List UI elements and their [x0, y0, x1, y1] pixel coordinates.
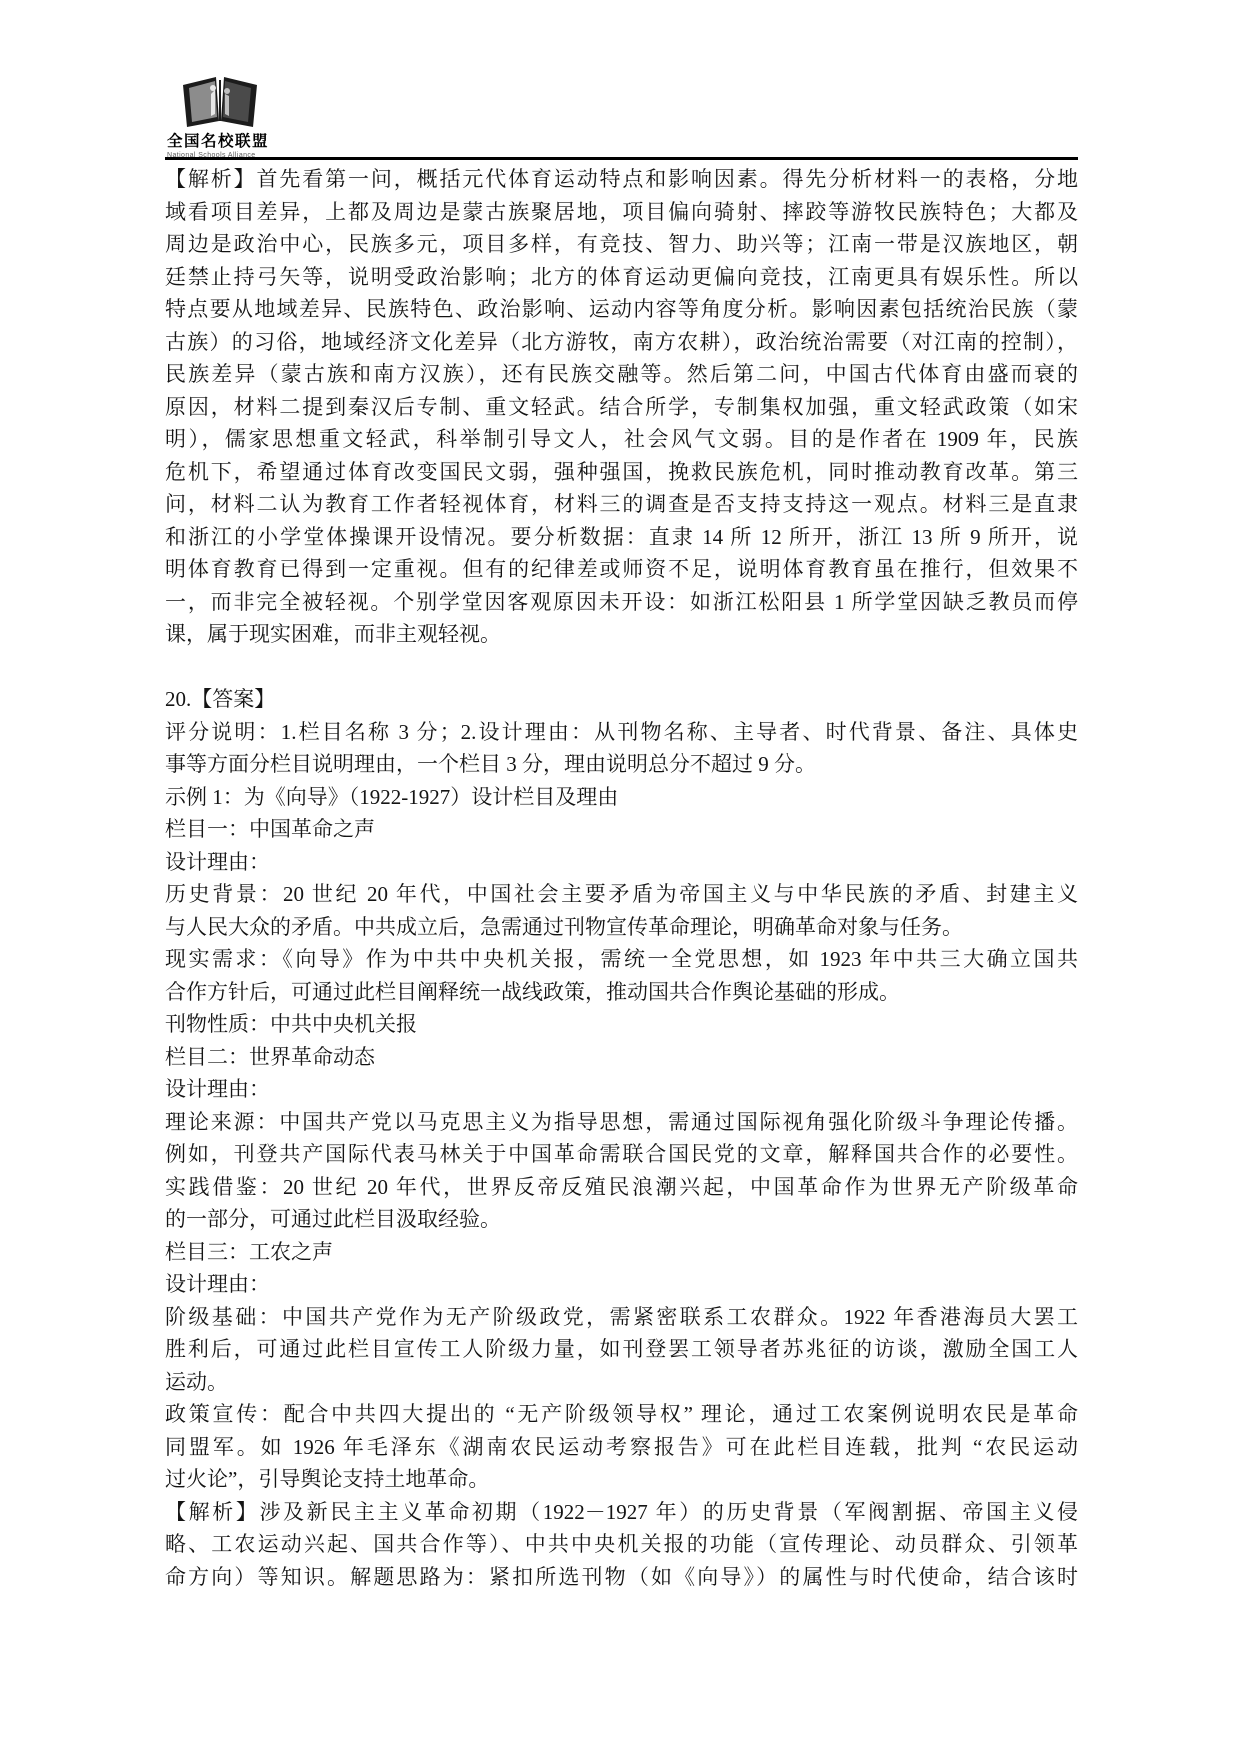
text-line: 合作方针后，可通过此栏目阐释统一战线政策，推动国共合作舆论基础的形成。 [165, 976, 1078, 1009]
document-page: 全国名校联盟 National Schools Alliance 【解析】首先看… [0, 0, 1241, 1754]
text-line: 理论来源：中国共产党以马克思主义为指导思想，需通过国际视角强化阶级斗争理论传播。 [165, 1106, 1078, 1139]
text-line: 周边是政治中心，民族多元，项目多样，有竞技、智力、助兴等；江南一带是汉族地区，朝 [165, 228, 1078, 261]
text-line: 民族差异（蒙古族和南方汉族），还有民族交融等。然后第二问，中国古代体育由盛而衰的 [165, 358, 1078, 391]
text-line: 设计理由： [165, 1268, 1078, 1301]
text-line: 设计理由： [165, 1073, 1078, 1106]
text-line: 政策宣传：配合中共四大提出的 “无产阶级领导权” 理论，通过工农案例说明农民是革… [165, 1398, 1078, 1431]
publisher-logo: 全国名校联盟 National Schools Alliance [167, 76, 297, 159]
text-line: 同盟军。如 1926 年毛泽东《湖南农民运动考察报告》可在此栏目连载，批判 “农… [165, 1431, 1078, 1464]
text-line: 略、工农运动兴起、国共合作等）、中共中央机关报的功能（宣传理论、动员群众、引领革 [165, 1528, 1078, 1561]
text-line: 胜利后，可通过此栏目宣传工人阶级力量，如刊登罢工领导者苏兆征的访谈，激励全国工人 [165, 1333, 1078, 1366]
text-line: 一，而非完全被轻视。个别学堂因客观原因未开设：如浙江松阳县 1 所学堂因缺乏教员… [165, 586, 1078, 619]
text-line [165, 651, 1078, 684]
text-line: 现实需求：《向导》作为中共中央机关报，需统一全党思想，如 1923 年中共三大确… [165, 943, 1078, 976]
text-line: 示例 1：为《向导》（1922-1927）设计栏目及理由 [165, 781, 1078, 814]
text-line: 评分说明：1.栏目名称 3 分；2.设计理由：从刊物名称、主导者、时代背景、备注… [165, 716, 1078, 749]
text-line: 课，属于现实困难，而非主观轻视。 [165, 618, 1078, 651]
text-line: 20.【答案】 [165, 683, 1078, 716]
text-line: 阶级基础：中国共产党作为无产阶级政党，需紧密联系工农群众。1922 年香港海员大… [165, 1301, 1078, 1334]
text-line: 运动。 [165, 1366, 1078, 1399]
text-line: 问，材料二认为教育工作者轻视体育，材料三的调查是否支持支持这一观点。材料三是直隶 [165, 488, 1078, 521]
text-line: 明），儒家思想重文轻武，科举制引导文人，社会风气文弱。目的是作者在 1909 年… [165, 423, 1078, 456]
text-line: 命方向）等知识。解题思路为：紧扣所选刊物（如《向导》）的属性与时代使命，结合该时 [165, 1561, 1078, 1594]
text-line: 廷禁止持弓矢等，说明受政治影响；北方的体育运动更偏向竞技，江南更具有娱乐性。所以 [165, 261, 1078, 294]
logo-title: 全国名校联盟 [167, 129, 297, 151]
text-line: 设计理由： [165, 846, 1078, 879]
text-line: 【解析】首先看第一问，概括元代体育运动特点和影响因素。得先分析材料一的表格，分地 [165, 163, 1078, 196]
text-line: 【解析】涉及新民主主义革命初期（1922－1927 年）的历史背景（军阀割据、帝… [165, 1496, 1078, 1529]
text-line: 栏目三：工农之声 [165, 1236, 1078, 1269]
text-line: 域看项目差异，上都及周边是蒙古族聚居地，项目偏向骑射、摔跤等游牧民族特色；大都及 [165, 196, 1078, 229]
text-line: 刊物性质：中共中央机关报 [165, 1008, 1078, 1041]
text-line: 和浙江的小学堂体操课开设情况。要分析数据：直隶 14 所 12 所开，浙江 13… [165, 521, 1078, 554]
text-line: 栏目一：中国革命之声 [165, 813, 1078, 846]
text-line: 明体育教育已得到一定重视。但有的纪律差或师资不足，说明体育教育虽在推行，但效果不 [165, 553, 1078, 586]
text-line: 特点要从地域差异、民族特色、政治影响、运动内容等角度分析。影响因素包括统治民族（… [165, 293, 1078, 326]
text-line: 事等方面分栏目说明理由，一个栏目 3 分，理由说明总分不超过 9 分。 [165, 748, 1078, 781]
text-line: 实践借鉴：20 世纪 20 年代，世界反帝反殖民浪潮兴起，中国革命作为世界无产阶… [165, 1171, 1078, 1204]
text-line: 例如，刊登共产国际代表马林关于中国革命需联合国民党的文章，解释国共合作的必要性。 [165, 1138, 1078, 1171]
text-line: 原因，材料二提到秦汉后专制、重文轻武。结合所学，专制集权加强，重文轻武政策（如宋 [165, 391, 1078, 424]
text-line: 的一部分，可通过此栏目汲取经验。 [165, 1203, 1078, 1236]
text-line: 危机下，希望通过体育改变国民文弱，强种强国，挽救民族危机，同时推动教育改革。第三 [165, 456, 1078, 489]
open-book-icon [181, 76, 259, 128]
text-line: 古族）的习俗，地域经济文化差异（北方游牧，南方农耕），政治统治需要（对江南的控制… [165, 326, 1078, 359]
text-line: 栏目二：世界革命动态 [165, 1041, 1078, 1074]
text-line: 与人民大众的矛盾。中共成立后，急需通过刊物宣传革命理论，明确革命对象与任务。 [165, 911, 1078, 944]
header-rule [165, 157, 1078, 160]
text-line: 过火论”，引导舆论支持土地革命。 [165, 1463, 1078, 1496]
document-body: 【解析】首先看第一问，概括元代体育运动特点和影响因素。得先分析材料一的表格，分地… [165, 163, 1078, 1593]
text-line: 历史背景：20 世纪 20 年代，中国社会主要矛盾为帝国主义与中华民族的矛盾、封… [165, 878, 1078, 911]
